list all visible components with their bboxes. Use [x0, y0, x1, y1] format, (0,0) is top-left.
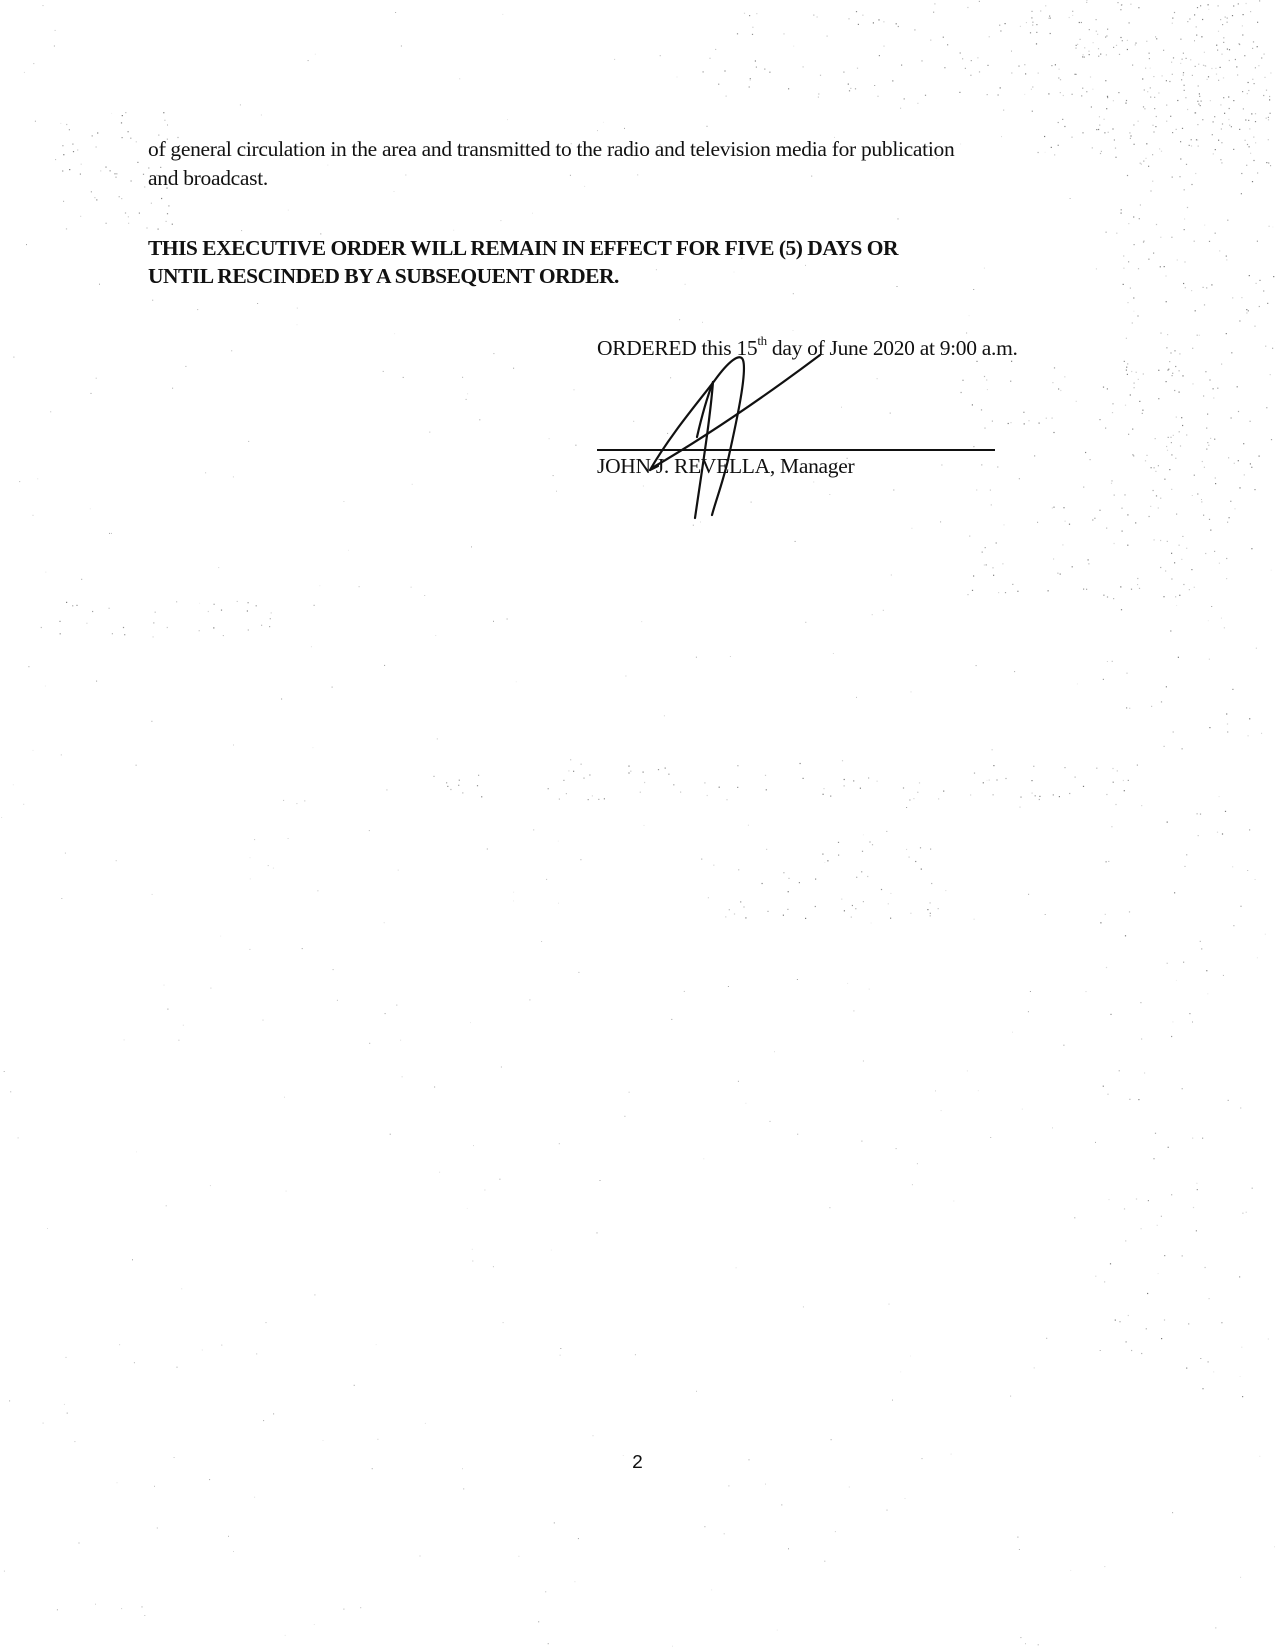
- order-duration-notice: THIS EXECUTIVE ORDER WILL REMAIN IN EFFE…: [148, 234, 1068, 290]
- signature-icon: [640, 340, 830, 520]
- ordered-suffix: day of June 2020 at 9:00 a.m.: [767, 336, 1018, 360]
- body-paragraph: of general circulation in the area and t…: [148, 135, 1128, 193]
- signature-line: [597, 449, 995, 451]
- ordered-prefix: ORDERED this 15: [597, 336, 757, 360]
- signer-name: JOHN J. REVELLA, Manager: [597, 452, 854, 480]
- body-line: and broadcast.: [148, 164, 1128, 193]
- ordered-date-line: ORDERED this 15th day of June 2020 at 9:…: [597, 334, 1018, 362]
- document-page: of general circulation in the area and t…: [0, 0, 1275, 1650]
- ordinal-suffix: th: [757, 333, 767, 348]
- notice-line: THIS EXECUTIVE ORDER WILL REMAIN IN EFFE…: [148, 234, 1068, 262]
- notice-line: UNTIL RESCINDED BY A SUBSEQUENT ORDER.: [148, 262, 1068, 290]
- page-number: 2: [0, 1452, 1275, 1474]
- body-line: of general circulation in the area and t…: [148, 135, 1128, 164]
